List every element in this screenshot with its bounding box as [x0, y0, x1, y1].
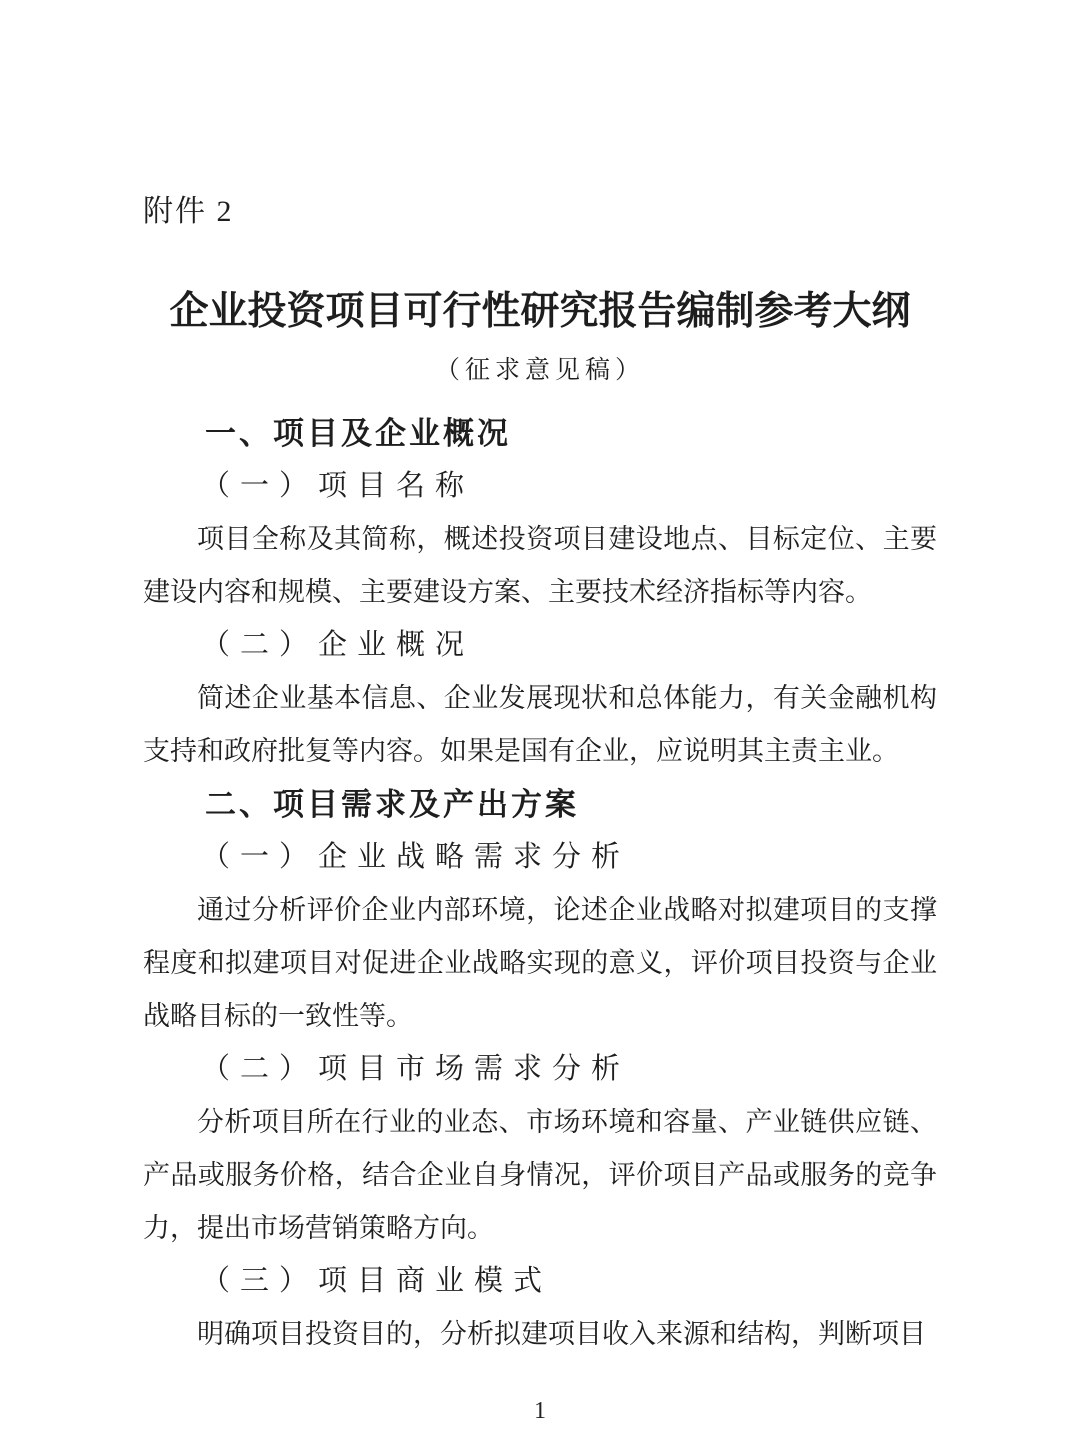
section-heading: 二、项目需求及产出方案 [143, 778, 937, 831]
sub-section-heading: （二）项目市场需求分析 [143, 1043, 937, 1096]
paragraph: 项目全称及其简称，概述投资项目建设地点、目标定位、主要建设内容和规模、主要建设方… [143, 513, 937, 619]
document-title: 企业投资项目可行性研究报告编制参考大纲 [143, 287, 937, 337]
sub-section-heading: （一）项目名称 [143, 460, 937, 513]
sub-section-heading: （三）项目商业模式 [143, 1255, 937, 1308]
document-body: 一、项目及企业概况（一）项目名称项目全称及其简称，概述投资项目建设地点、目标定位… [143, 407, 937, 1361]
paragraph: 通过分析评价企业内部环境，论述企业战略对拟建项目的支撑程度和拟建项目对促进企业战… [143, 884, 937, 1043]
document-subtitle: （征求意见稿） [143, 353, 937, 389]
paragraph: 明确项目投资目的，分析拟建项目收入来源和结构，判断项目 [143, 1308, 937, 1361]
document-page: 附件 2 企业投资项目可行性研究报告编制参考大纲 （征求意见稿） 一、项目及企业… [0, 0, 1080, 1440]
paragraph: 分析项目所在行业的业态、市场环境和容量、产业链供应链、产品或服务价格，结合企业自… [143, 1096, 937, 1255]
sub-section-heading: （一）企业战略需求分析 [143, 831, 937, 884]
paragraph: 简述企业基本信息、企业发展现状和总体能力，有关金融机构支持和政府批复等内容。如果… [143, 672, 937, 778]
attachment-label: 附件 2 [143, 193, 937, 231]
section-heading: 一、项目及企业概况 [143, 407, 937, 460]
sub-section-heading: （二）企业概况 [143, 619, 937, 672]
page-number: 1 [0, 1396, 1080, 1426]
